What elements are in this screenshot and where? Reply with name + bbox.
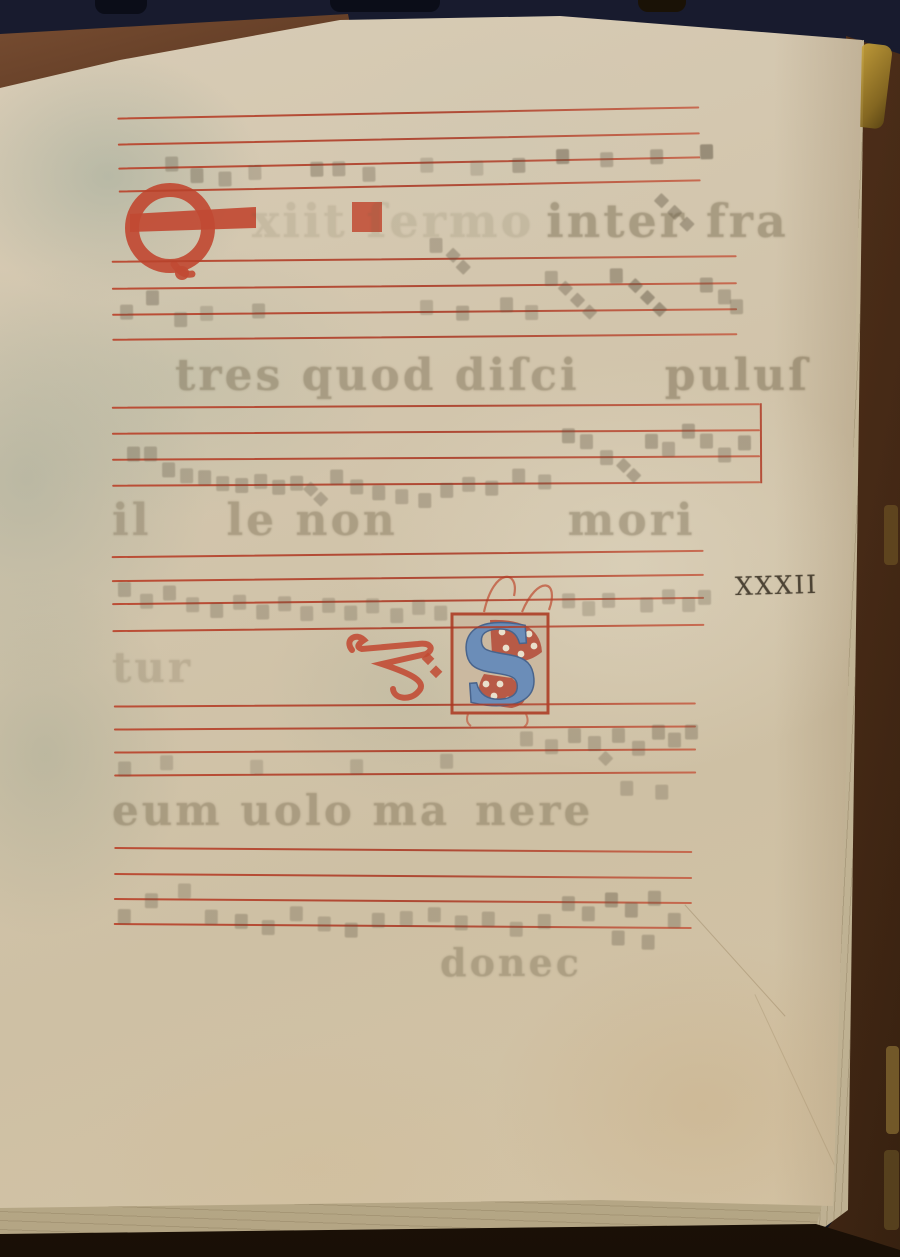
- neume-square: [235, 478, 248, 493]
- neume-square: [330, 469, 343, 484]
- staff-line: [112, 282, 737, 289]
- neume-square: [362, 167, 375, 182]
- neume-square: [612, 930, 625, 945]
- parchment-crease: [684, 904, 785, 1016]
- neume-square: [556, 149, 569, 164]
- neume-square: [568, 728, 581, 743]
- brass-fitting: [884, 505, 898, 565]
- neume-square: [200, 306, 213, 321]
- neume-square: [216, 476, 229, 491]
- neume-square: [434, 606, 447, 621]
- neume-square: [700, 277, 713, 292]
- neume-square: [718, 447, 731, 462]
- neume-square: [420, 300, 433, 315]
- neume-square: [310, 162, 323, 177]
- neume-square: [652, 725, 665, 740]
- neume-square: [562, 896, 575, 911]
- neume-square: [262, 920, 275, 935]
- staff-line: [112, 597, 704, 605]
- parchment-crease: [754, 994, 835, 1167]
- neume-square: [250, 760, 263, 775]
- neume-square: [428, 907, 441, 922]
- neume-square: [662, 589, 675, 604]
- neume-square: [456, 306, 469, 321]
- chant-text-segment: puluſ: [665, 350, 810, 401]
- neume-square: [290, 906, 303, 921]
- neume-square: [538, 474, 551, 489]
- neume-square: [738, 435, 751, 450]
- staff-line: [114, 771, 696, 776]
- neume-square: [322, 598, 335, 613]
- staff-3: [112, 403, 760, 488]
- neume-square: [520, 731, 533, 746]
- neume-square: [510, 922, 523, 937]
- brass-fitting: [886, 1046, 899, 1134]
- staff-line: [118, 132, 700, 145]
- neume-diamond: [598, 751, 614, 767]
- binding-knob: [638, 0, 686, 12]
- chant-line-4: tur: [112, 643, 193, 692]
- staff-line: [112, 574, 704, 582]
- neume-diamond: [628, 278, 644, 294]
- chant-text-segment: donec: [440, 940, 582, 985]
- neume-square: [545, 271, 558, 286]
- chant-text-segment: le non: [226, 495, 397, 546]
- neume-square: [588, 736, 601, 751]
- neume-square: [145, 893, 158, 908]
- neume-square: [160, 755, 173, 770]
- neume-square: [668, 733, 681, 748]
- neume-square: [140, 594, 153, 609]
- neume-square: [118, 909, 131, 924]
- neume-square: [605, 892, 618, 907]
- neume-diamond: [582, 304, 598, 320]
- chant-text-segment: nere: [475, 786, 593, 835]
- neume-square: [345, 923, 358, 938]
- neume-square: [372, 913, 385, 928]
- chant-text-segment: mori: [568, 495, 696, 546]
- neume-square: [233, 595, 246, 610]
- neume-square: [685, 724, 698, 739]
- neume-diamond: [626, 468, 642, 484]
- neume-square: [698, 590, 711, 605]
- neume-square: [455, 915, 468, 930]
- neume-diamond: [570, 292, 586, 308]
- neume-square: [146, 290, 159, 305]
- neume-square: [235, 914, 248, 929]
- neume-square: [512, 158, 525, 173]
- staff-line: [112, 429, 760, 434]
- neume-square: [272, 480, 285, 495]
- chant-text-segment: il: [112, 495, 151, 546]
- neume-square: [344, 606, 357, 621]
- neume-square: [682, 597, 695, 612]
- staff-line: [112, 624, 704, 632]
- neume-square: [700, 434, 713, 449]
- neume-square: [210, 603, 223, 618]
- chant-line-6: donec: [440, 940, 582, 985]
- neume-square: [682, 424, 695, 439]
- neume-square: [118, 761, 131, 776]
- neume-diamond: [445, 247, 461, 263]
- neume-square: [190, 168, 203, 183]
- staff-6: [114, 847, 693, 931]
- staff-line: [114, 748, 696, 753]
- neume-square: [127, 447, 140, 462]
- neume-square: [366, 598, 379, 613]
- staff-end-bar: [760, 403, 762, 483]
- neume-square: [562, 593, 575, 608]
- neume-square: [350, 759, 363, 774]
- neume-square: [602, 593, 615, 608]
- neume-square: [662, 442, 675, 457]
- neume-square: [700, 144, 713, 159]
- chant-text-segment: inter fra: [546, 194, 789, 248]
- staff-2: [112, 255, 738, 342]
- neume-square: [218, 171, 231, 186]
- neume-square: [332, 161, 345, 176]
- neume-square: [400, 911, 413, 926]
- neume-square: [482, 912, 495, 927]
- neume-square: [163, 585, 176, 600]
- neume-square: [650, 149, 663, 164]
- neume-square: [470, 161, 483, 176]
- neume-diamond: [455, 259, 471, 275]
- neume-square: [580, 434, 593, 449]
- neume-square: [420, 158, 433, 173]
- neume-square: [668, 913, 681, 928]
- neume-square: [118, 582, 131, 597]
- staff-line: [114, 847, 692, 853]
- neume-square: [610, 268, 623, 283]
- neume-square: [198, 470, 211, 485]
- folio-number: XXXII: [735, 570, 819, 601]
- neume-diamond: [652, 302, 668, 318]
- neume-square: [278, 596, 291, 611]
- neume-square: [545, 739, 558, 754]
- neume-square: [248, 165, 261, 180]
- neume-square: [485, 481, 498, 496]
- binding-knob: [330, 0, 440, 12]
- binding-knob: [95, 0, 147, 14]
- neume-square: [625, 903, 638, 918]
- neume-diamond: [640, 290, 656, 306]
- staff-line: [114, 702, 696, 707]
- neume-square: [655, 785, 668, 800]
- neume-square: [645, 434, 658, 449]
- chant-text-segment: tres quod diſci: [175, 350, 580, 401]
- neume-square: [562, 428, 575, 443]
- neume-square: [350, 479, 363, 494]
- chant-text-segment: eum uolo ma: [112, 786, 450, 835]
- neume-square: [600, 450, 613, 465]
- neume-square: [632, 741, 645, 756]
- neume-square: [165, 156, 178, 171]
- brass-fitting: [884, 1150, 899, 1230]
- neume-square: [642, 935, 655, 950]
- neume-square: [730, 299, 743, 314]
- neume-square: [648, 891, 661, 906]
- neume-square: [512, 469, 525, 484]
- neume-square: [582, 906, 595, 921]
- neume-square: [256, 604, 269, 619]
- neume-square: [178, 883, 191, 898]
- parchment-page: S XXXII xiit ſermointer fratres quod diſ…: [0, 0, 900, 1257]
- staff-line: [112, 403, 760, 408]
- staff-line: [119, 179, 701, 192]
- neume-square: [254, 474, 267, 489]
- neume-square: [620, 781, 633, 796]
- neume-square: [462, 477, 475, 492]
- chant-line-1: xiit ſermointer fra: [252, 194, 789, 248]
- staff-line: [112, 333, 737, 340]
- neume-square: [174, 312, 187, 327]
- neume-square: [252, 303, 265, 318]
- neume-square: [162, 462, 175, 477]
- chant-text-segment: xiit ſermo: [252, 194, 534, 248]
- staff-line: [114, 725, 696, 730]
- neume-square: [390, 608, 403, 623]
- chant-line-2: tres quod diſcipuluſ: [175, 350, 810, 401]
- neume-square: [186, 597, 199, 612]
- neume-square: [412, 600, 425, 615]
- chant-text-segment: tur: [112, 643, 193, 692]
- neume-square: [440, 754, 453, 769]
- staff-5: [114, 702, 696, 778]
- manuscript-photo: S XXXII xiit ſermointer fratres quod diſ…: [0, 0, 900, 1257]
- staff-line: [117, 106, 699, 119]
- chant-line-5: eum uolo manere: [112, 786, 593, 835]
- neume-square: [612, 728, 625, 743]
- neume-square: [538, 914, 551, 929]
- neume-square: [525, 305, 538, 320]
- staff-line: [112, 550, 704, 558]
- staff-1: [117, 106, 700, 194]
- staff-line: [114, 873, 692, 879]
- staff-4: [112, 550, 705, 634]
- neume-square: [640, 597, 653, 612]
- neume-square: [582, 601, 595, 616]
- chant-line-3: ille nonmori: [112, 495, 696, 546]
- neume-square: [144, 446, 157, 461]
- neume-square: [120, 305, 133, 320]
- neume-square: [500, 297, 513, 312]
- neume-square: [318, 916, 331, 931]
- neume-square: [600, 152, 613, 167]
- neume-square: [290, 476, 303, 491]
- neume-square: [300, 606, 313, 621]
- neume-square: [180, 468, 193, 483]
- neume-square: [205, 910, 218, 925]
